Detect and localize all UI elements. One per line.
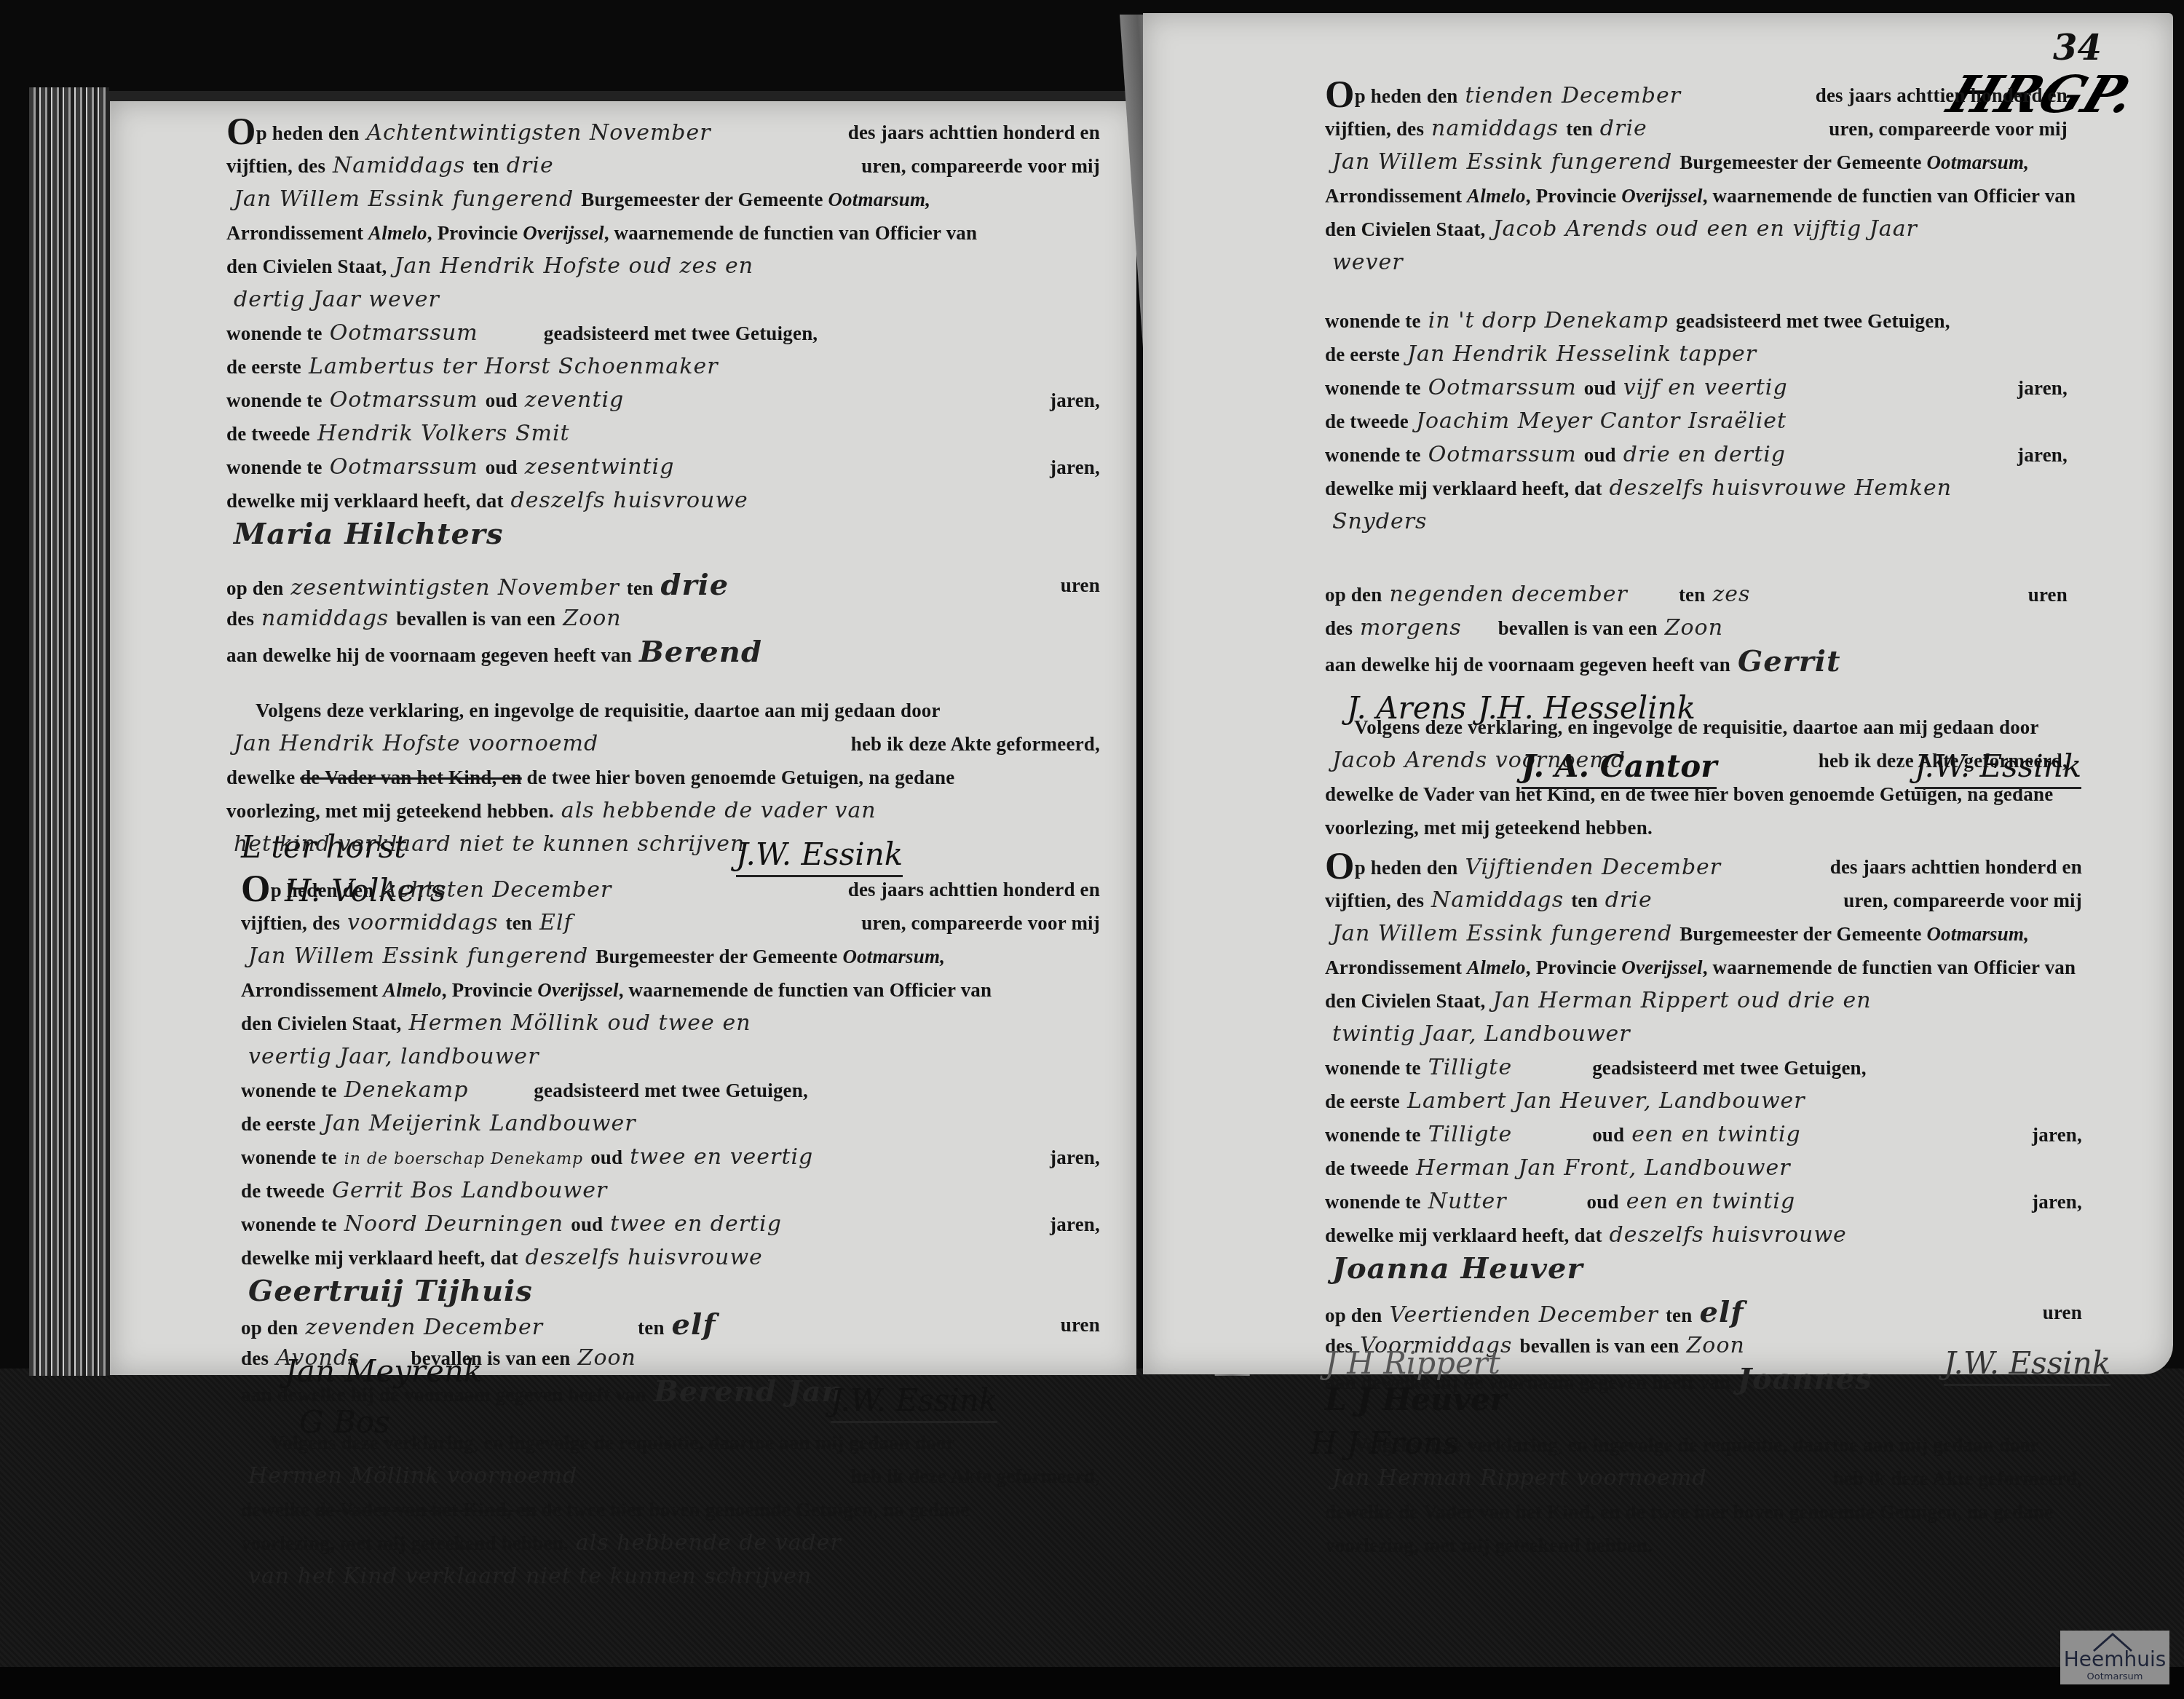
signature: Jan Meyrenk: [285, 1353, 482, 1389]
logo-name: Heemhuis: [2060, 1650, 2169, 1670]
signature-official: J.W. Essink: [831, 1382, 997, 1423]
struck-text: de Vader van het Kind, en: [300, 767, 522, 788]
signature: L ter horst: [241, 829, 406, 865]
birth-act-1: Op heden denAchtentwintigsten Novemberde…: [226, 116, 1100, 861]
signature-official: J.W. Essink: [736, 836, 903, 877]
background-edge: [0, 1667, 2184, 1699]
birth-act-2-body: Op heden denAchtsten Decemberdes jaars a…: [241, 873, 1100, 1593]
birth-act-3: Op heden dentienden Decemberdes jaars ac…: [1325, 79, 2068, 844]
signature: G Bos: [299, 1404, 390, 1440]
witness-2: Hendrik Volkers Smit: [310, 421, 577, 446]
signature-official: J.W. Essink: [1915, 748, 2081, 789]
mother-name: Maria Hilchters: [226, 517, 510, 551]
logo-city: Ootmarsum: [2060, 1671, 2169, 1683]
page-number: 34: [2053, 28, 2102, 68]
heemhuis-watermark-logo: Heemhuis Ootmarsum: [2060, 1631, 2169, 1684]
child-name: Berend: [632, 635, 769, 669]
signature: J H Rippert: [1325, 1345, 1500, 1381]
signature: L J Heuver: [1325, 1382, 1506, 1417]
declarant: Jan Hendrik Hofste oud zes en: [387, 253, 761, 279]
signature: H J Frons: [1310, 1425, 1458, 1461]
left-page: Op heden denAchtentwintigsten Novemberde…: [106, 91, 1136, 1375]
witness-1: Lambertus ter Horst Schoenmaker: [301, 354, 726, 379]
right-page: 34 HRGP. Op heden dentienden Decemberdes…: [1143, 13, 2173, 1374]
book-page-edges: [29, 87, 109, 1376]
act-date: Achtentwintigsten November: [359, 120, 718, 146]
official-name: Jan Willem Essink fungerend: [226, 186, 581, 212]
signature-official: J.W. Essink: [1944, 1345, 2110, 1386]
signature: J. Arens: [1347, 690, 1466, 726]
signature: J.H. Hesselink: [1478, 690, 1696, 726]
signature: J. A. Cantor: [1522, 748, 1717, 789]
